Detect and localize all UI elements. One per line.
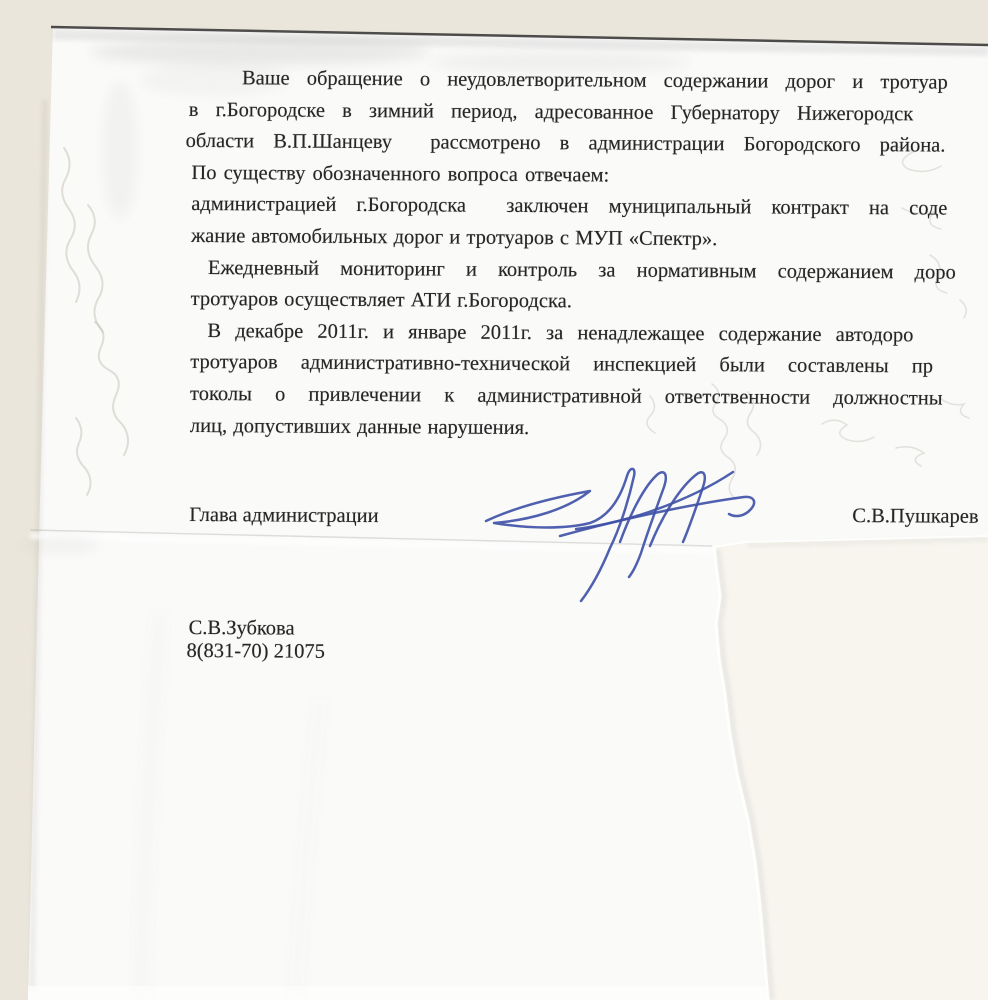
signoff-name: С.В.Пушкарев bbox=[852, 505, 978, 529]
body-line: По существу обозначенного вопроса отвеча… bbox=[191, 158, 956, 194]
body-line: токолы о привлечении к административной … bbox=[190, 379, 955, 415]
body-line: тротуаров осуществляет АТИ г.Богородска. bbox=[191, 284, 956, 320]
body-line: В декабре 2011г. и январе 2011г. за нена… bbox=[207, 316, 955, 352]
executor-name: С.В.Зубкова bbox=[189, 617, 295, 641]
body-line: лиц, допустивших данные нарушения. bbox=[190, 410, 955, 446]
body-line: области В.П.Шанцеву рассмотрено в админи… bbox=[186, 126, 957, 162]
body-line: администрацией г.Богородска заключен мун… bbox=[191, 189, 956, 225]
letter-text-layer: Ваше обращение о неудовлетворительном со… bbox=[0, 0, 988, 1000]
body-line: Ежедневный мониторинг и контроль за норм… bbox=[208, 253, 956, 289]
body-line: Ваше обращение о неудовлетворительном со… bbox=[242, 63, 957, 99]
body-line: тротуаров административно-технической ин… bbox=[190, 347, 955, 383]
body-line: в г.Богородске в зимний период, адресова… bbox=[189, 95, 957, 131]
executor-phone: 8(831-70) 21075 bbox=[186, 640, 324, 664]
body-line: жание автомобильных дорог и тротуаров с … bbox=[191, 221, 956, 257]
signoff-title: Глава администрации bbox=[189, 504, 378, 528]
scanned-letter: Ваше обращение о неудовлетворительном со… bbox=[0, 0, 988, 1000]
letter-body: Ваше обращение о неудовлетворительном со… bbox=[190, 63, 957, 447]
